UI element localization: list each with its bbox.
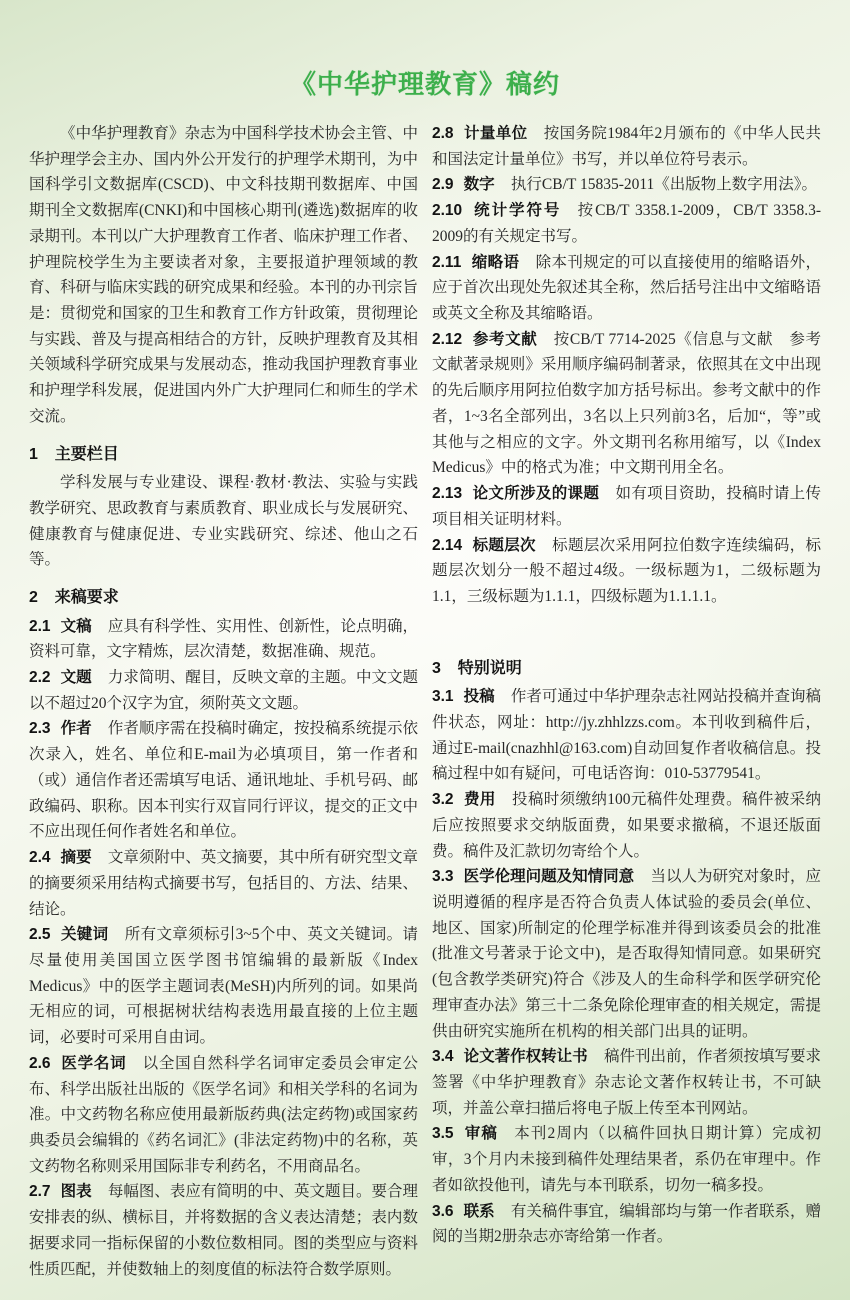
item-text: 当以人为研究对象时，应说明遵循的程序是否符合负责人体试验的委员会(单位、地区、国… — [432, 868, 821, 1039]
item-2-13: 2.13论文所涉及的课题如有项目资助，投稿时请上传项目相关证明材料。 — [432, 481, 821, 532]
item-number: 3.4 — [432, 1048, 454, 1065]
item-number: 2.8 — [432, 125, 454, 142]
item-text: 以全国自然科学名词审定委员会审定公布、科学出版社出版的《医学名词》和相关学科的名… — [29, 1055, 418, 1175]
item-label: 统计学符号 — [472, 202, 561, 219]
two-column-layout: 《中华护理教育》杂志为中国科学技术协会主管、中华护理学会主办、国内外公开发行的护… — [29, 121, 821, 1282]
item-label: 审稿 — [464, 1125, 498, 1142]
item-number: 2.11 — [432, 254, 461, 271]
item-number: 3.5 — [432, 1125, 454, 1142]
item-3-4: 3.4论文著作权转让书稿件刊出前，作者须按填写要求签署《中华护理教育》杂志论文著… — [432, 1044, 821, 1121]
item-number: 2.3 — [29, 720, 51, 737]
item-number: 2.14 — [432, 537, 462, 554]
item-3-6: 3.6联系有关稿件事宜，编辑部均与第一作者联系，赠阅的当期2册杂志亦寄给第一作者… — [432, 1199, 821, 1250]
item-2-14: 2.14标题层次标题层次采用阿拉伯数字连续编码，标题层次划分一般不超过4级。一级… — [432, 533, 821, 610]
section-title: 特别说明 — [458, 660, 522, 677]
section-heading-1: 1主要栏目 — [29, 442, 418, 469]
item-number: 3.2 — [432, 791, 454, 808]
item-number: 3.3 — [432, 868, 454, 885]
item-label: 论文著作权转让书 — [464, 1048, 588, 1065]
page-title: 《中华护理教育》稿约 — [29, 64, 821, 101]
item-2-8: 2.8计量单位按国务院1984年2月颁布的《中华人民共和国法定计量单位》书写，并… — [432, 121, 821, 172]
item-label: 图表 — [61, 1183, 92, 1200]
item-2-6: 2.6医学名词以全国自然科学名词审定委员会审定公布、科学出版社出版的《医学名词》… — [29, 1051, 418, 1180]
item-number: 3.1 — [432, 688, 454, 705]
section-heading-2: 2来稿要求 — [29, 585, 418, 612]
item-label: 文题 — [61, 669, 92, 686]
item-label: 摘要 — [61, 849, 92, 866]
item-label: 关键词 — [61, 926, 109, 943]
section-1-body: 学科发展与专业建设、课程·教材·教法、实验与实践教学研究、思政教育与素质教育、职… — [29, 470, 418, 573]
item-number: 2.5 — [29, 926, 51, 943]
item-text: 执行CB/T 15835-2011《出版物上数字用法》。 — [511, 176, 817, 193]
item-text: 按CB/T 7714-2025《信息与文献 参考文献著录规则》采用顺序编码制著录… — [432, 331, 821, 477]
item-label: 标题层次 — [472, 537, 536, 554]
section-number: 1 — [29, 446, 38, 463]
item-2-11: 2.11缩略语除本刊规定的可以直接使用的缩略语外，应于首次出现处先叙述其全称，然… — [432, 250, 821, 327]
item-number: 2.10 — [432, 202, 462, 219]
item-label: 缩略语 — [471, 254, 519, 271]
intro-paragraph: 《中华护理教育》杂志为中国科学技术协会主管、中华护理学会主办、国内外公开发行的护… — [29, 121, 418, 430]
item-2-3: 2.3作者作者顺序需在投稿时确定，按投稿系统提示依次录入，姓名、单位和E-mai… — [29, 716, 418, 845]
journal-guidelines-page: 《中华护理教育》稿约 《中华护理教育》杂志为中国科学技术协会主管、中华护理学会主… — [0, 0, 850, 1300]
item-3-5: 3.5审稿本刊2周内（以稿件回执日期计算）完成初审，3个月内未接到稿件处理结果者… — [432, 1121, 821, 1198]
item-2-4: 2.4摘要文章须附中、英文摘要，其中所有研究型文章的摘要须采用结构式摘要书写，包… — [29, 845, 418, 922]
item-2-12: 2.12参考文献按CB/T 7714-2025《信息与文献 参考文献著录规则》采… — [432, 327, 821, 481]
item-text: 作者顺序需在投稿时确定，按投稿系统提示依次录入，姓名、单位和E-mail为必填项… — [29, 720, 418, 840]
item-number: 2.2 — [29, 669, 51, 686]
item-label: 论文所涉及的课题 — [472, 485, 599, 502]
item-2-7: 2.7图表每幅图、表应有简明的中、英文题目。要合理安排表的纵、横标目，并将数据的… — [29, 1179, 418, 1282]
item-number: 2.12 — [432, 331, 462, 348]
item-number: 2.4 — [29, 849, 51, 866]
item-label: 参考文献 — [472, 331, 537, 348]
item-3-2: 3.2费用投稿时须缴纳100元稿件处理费。稿件被采纳后应按照要求交纳版面费，如果… — [432, 787, 821, 864]
item-label: 费用 — [464, 791, 496, 808]
item-number: 3.6 — [432, 1203, 454, 1220]
item-label: 作者 — [61, 720, 92, 737]
item-label: 医学名词 — [61, 1055, 127, 1072]
section-number: 2 — [29, 589, 38, 606]
item-2-1: 2.1文稿应具有科学性、实用性、创新性，论点明确，资料可靠，文字精炼，层次清楚，… — [29, 614, 418, 665]
item-number: 2.7 — [29, 1183, 51, 1200]
item-2-5: 2.5关键词所有文章须标引3~5个中、英文关键词。请尽量使用美国国立医学图书馆编… — [29, 922, 418, 1051]
item-3-3: 3.3医学伦理问题及知情同意当以人为研究对象时，应说明遵循的程序是否符合负责人体… — [432, 864, 821, 1044]
item-label: 数字 — [464, 176, 495, 193]
item-2-9: 2.9数字执行CB/T 15835-2011《出版物上数字用法》。 — [432, 172, 821, 198]
item-number: 2.6 — [29, 1055, 51, 1072]
item-number: 2.13 — [432, 485, 462, 502]
item-number: 2.9 — [432, 176, 454, 193]
item-label: 医学伦理问题及知情同意 — [464, 868, 635, 885]
item-label: 投稿 — [464, 688, 495, 705]
item-number: 2.1 — [29, 618, 51, 635]
item-2-2: 2.2文题力求简明、醒目，反映文章的主题。中文文题以不超过20个汉字为宜，须附英… — [29, 665, 418, 716]
column-right: 2.8计量单位按国务院1984年2月颁布的《中华人民共和国法定计量单位》书写，并… — [432, 121, 821, 1282]
section-number: 3 — [432, 660, 441, 677]
column-left: 《中华护理教育》杂志为中国科学技术协会主管、中华护理学会主办、国内外公开发行的护… — [29, 121, 418, 1282]
item-label: 计量单位 — [464, 125, 528, 142]
item-label: 文稿 — [61, 618, 92, 635]
section-heading-3: 3特别说明 — [432, 656, 821, 683]
item-2-10: 2.10统计学符号按CB/T 3358.1-2009，CB/T 3358.3-2… — [432, 198, 821, 249]
section-title: 来稿要求 — [55, 589, 119, 606]
item-text: 所有文章须标引3~5个中、英文关键词。请尽量使用美国国立医学图书馆编辑的最新版《… — [29, 926, 418, 1046]
item-3-1: 3.1投稿作者可通过中华护理杂志社网站投稿并查询稿件状态，网址：http://j… — [432, 684, 821, 787]
item-label: 联系 — [464, 1203, 495, 1220]
section-title: 主要栏目 — [55, 446, 119, 463]
